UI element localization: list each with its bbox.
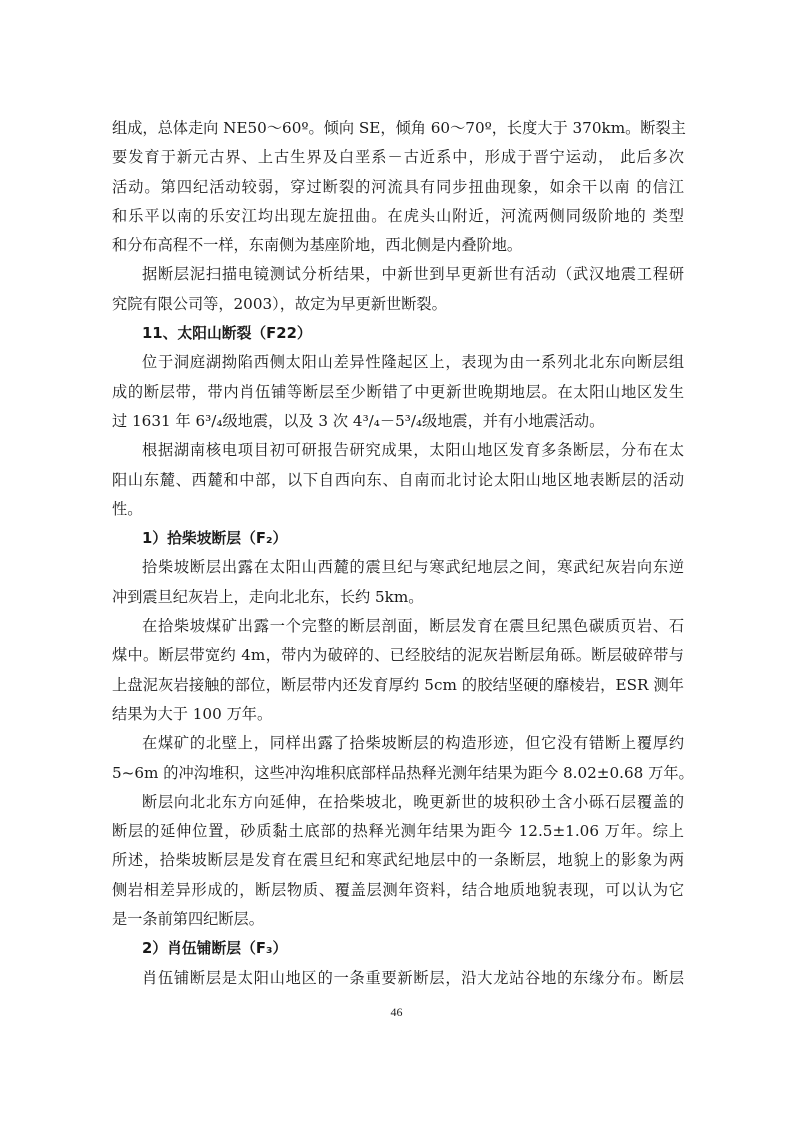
paragraph-line: 煤中。断层带宽约 4m，带内为破碎的、已经胶结的泥灰岩断层角砾。断层破碎带与 xyxy=(112,641,684,670)
paragraph-line: 位于洞庭湖拗陷西侧太阳山差异性隆起区上，表现为由一系列北北东向断层组 xyxy=(112,348,684,377)
subsection-heading-xiaowupu-fault: 2）肖伍铺断层（F₃） xyxy=(112,934,684,963)
paragraph-line: 所述，拾柴坡断层是发育在震旦纪和寒武纪地层中的一条断层，地貌上的影象为两 xyxy=(112,846,684,875)
paragraph-line: 在拾柴坡煤矿出露一个完整的断层剖面，断层发育在震旦纪黑色碳质页岩、石 xyxy=(112,612,684,641)
paragraph-line: 根据湖南核电项目初可研报告研究成果，太阳山地区发育多条断层，分布在太 xyxy=(112,436,684,465)
paragraph-line: 在煤矿的北壁上，同样出露了拾柴坡断层的构造形迹，但它没有错断上覆厚约 xyxy=(112,729,684,758)
paragraph-line: 和乐平以南的乐安江均出现左旋扭曲。在虎头山附近，河流两侧同级阶地的 类型 xyxy=(112,202,684,231)
paragraph-line: 和分布高程不一样，东南侧为基座阶地，西北侧是内叠阶地。 xyxy=(112,231,684,260)
paragraph-line: 断层向北北东方向延伸，在拾柴坡北，晚更新世的坡积砂土含小砾石层覆盖的 xyxy=(112,788,684,817)
subsection-heading-shichaipo-fault: 1）拾柴坡断层（F₂） xyxy=(112,524,684,553)
paragraph-line: 组成，总体走向 NE50～60º。倾向 SE，倾角 60～70º，长度大于 37… xyxy=(112,114,684,143)
paragraph-line: 活动。第四纪活动较弱，穿过断裂的河流具有同步扭曲现象，如余干以南 的信江 xyxy=(112,173,684,202)
paragraph-line: 冲到震旦纪灰岩上，走向北北东，长约 5km。 xyxy=(112,583,684,612)
paragraph-line: 5~6m 的冲沟堆积，这些冲沟堆积底部样品热释光测年结果为距今 8.02±0.6… xyxy=(112,759,684,788)
paragraph-line: 要发育于新元古界、上古生界及白垩系－古近系中，形成于晋宁运动， 此后多次 xyxy=(112,143,684,172)
paragraph-line: 拾柴坡断层出露在太阳山西麓的震旦纪与寒武纪地层之间，寒武纪灰岩向东逆 xyxy=(112,553,684,582)
paragraph-line: 断层的延伸位置，砂质黏土底部的热释光测年结果为距今 12.5±1.06 万年。综… xyxy=(112,817,684,846)
paragraph-line: 据断层泥扫描电镜测试分析结果，中新世到早更新世有活动（武汉地震工程研 xyxy=(112,260,684,289)
paragraph-line: 是一条前第四纪断层。 xyxy=(112,905,684,934)
page-number: 46 xyxy=(0,1005,793,1020)
paragraph-line: 结果为大于 100 万年。 xyxy=(112,700,684,729)
paragraph-line: 究院有限公司等，2003），故定为早更新世断裂。 xyxy=(112,290,684,319)
paragraph-line: 上盘泥灰岩接触的部位，断层带内还发育厚约 5cm 的胶结坚硬的靡棱岩，ESR 测… xyxy=(112,671,684,700)
paragraph-line: 侧岩相差异形成的，断层物质、覆盖层测年资料，结合地质地貌表现，可以认为它 xyxy=(112,876,684,905)
paragraph-line: 阳山东麓、西麓和中部，以下自西向东、自南而北讨论太阳山地区地表断层的活动 xyxy=(112,466,684,495)
paragraph-line: 成的断层带，带内肖伍铺等断层至少断错了中更新世晚期地层。在太阳山地区发生 xyxy=(112,378,684,407)
section-heading-taiyangshan-fault: 11、太阳山断裂（F22） xyxy=(112,319,684,348)
paragraph-line: 肖伍铺断层是太阳山地区的一条重要新断层，沿大龙站谷地的东缘分布。断层 xyxy=(112,964,684,993)
paragraph-line: 性。 xyxy=(112,495,684,524)
document-page-body: 组成，总体走向 NE50～60º。倾向 SE，倾角 60～70º，长度大于 37… xyxy=(112,114,684,993)
paragraph-line: 过 1631 年 6³/₄级地震，以及 3 次 4³/₄－5³/₄级地震，并有小… xyxy=(112,407,684,436)
